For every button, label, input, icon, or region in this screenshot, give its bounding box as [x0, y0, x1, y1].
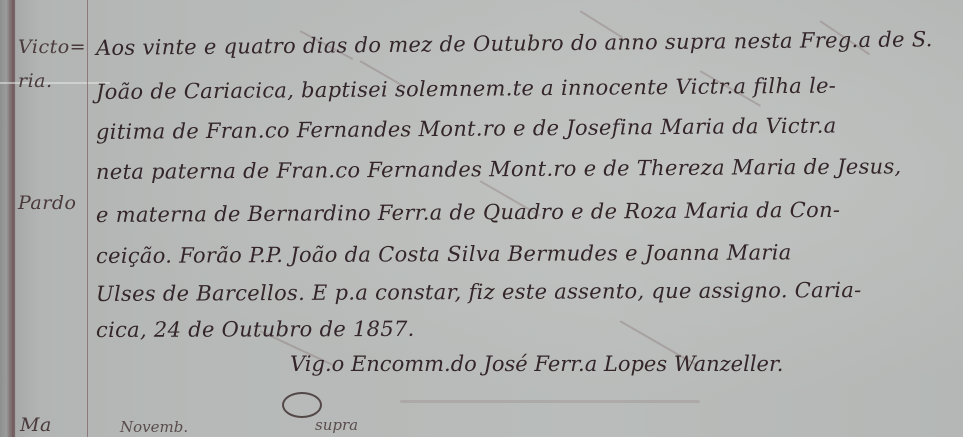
- next-entry-fragment: supra: [315, 416, 358, 434]
- margin-note-race: Pardo: [18, 192, 76, 214]
- margin-note-next-entry: Ma: [20, 414, 52, 436]
- next-entry-fragment: Novemb.: [120, 418, 188, 436]
- bleed-through-text: [400, 400, 700, 403]
- entry-line-2: João de Cariacica, baptisei solemnem.te …: [96, 74, 836, 104]
- paper-fold: [0, 82, 110, 84]
- torn-left-edge: [0, 0, 16, 437]
- margin-note-name-cont: ria.: [18, 70, 53, 92]
- entry-line-3: gitima de Fran.co Fernandes Mont.ro e de…: [96, 114, 837, 144]
- entry-line-5: e materna de Bernardino Ferr.a de Quadro…: [96, 198, 840, 227]
- margin-note-name: Victo=: [18, 36, 86, 58]
- priest-signature: Vig.o Encomm.do José Ferr.a Lopes Wanzel…: [290, 352, 783, 376]
- entry-line-4: neta paterna de Fran.co Fernandes Mont.r…: [96, 154, 902, 184]
- entry-line-7: Ulses de Barcellos. E p.a constar, fiz e…: [96, 278, 862, 306]
- signature-flourish: [282, 392, 322, 418]
- entry-line-1: Aos vinte e quatro dias do mez de Outubr…: [96, 27, 933, 60]
- register-page: Victo= ria. Pardo Ma Aos vinte e quatro …: [0, 0, 963, 437]
- entry-line-6: ceição. Forão P.P. João da Costa Silva B…: [96, 240, 792, 268]
- entry-line-8: cica, 24 de Outubro de 1857.: [96, 317, 415, 342]
- margin-rule: [87, 0, 88, 437]
